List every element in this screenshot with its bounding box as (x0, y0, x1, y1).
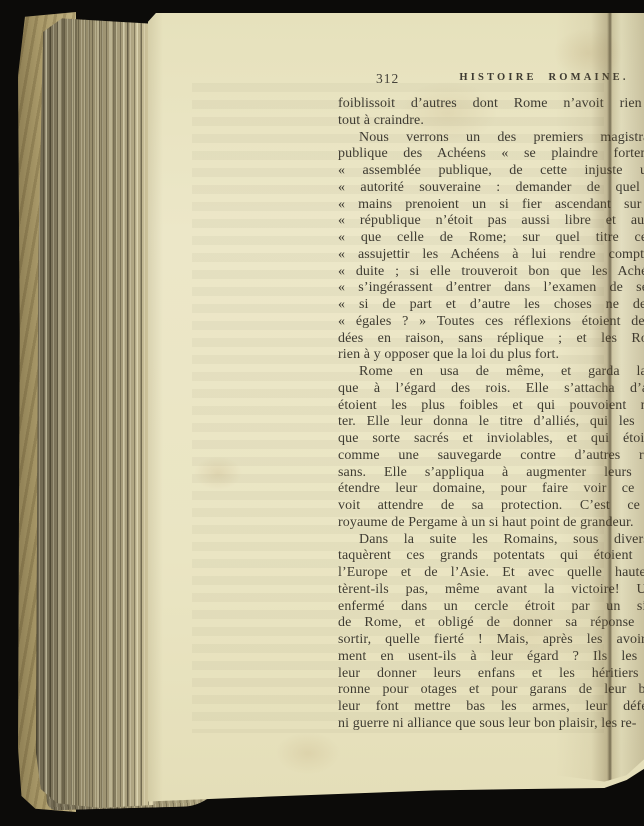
book-scan: 312 HISTOIRE ROMAINE. foiblissoit d’autr… (0, 0, 644, 826)
text-line: « autorité souveraine : demander de quel… (338, 180, 644, 197)
text-line: « république n’étoit pas aussi libre et … (338, 213, 644, 230)
body-text: foiblissoit d’autres dont Rome n’avoit r… (338, 96, 644, 733)
page-edge-stack (36, 16, 154, 808)
text-line: « assemblée publique, de cette injuste u… (338, 163, 644, 180)
text-line: voit attendre de sa protection. C’est ce… (338, 498, 644, 515)
text-line: dées en raison, sans réplique ; et les R… (338, 331, 644, 348)
running-title: HISTOIRE ROMAINE. (338, 72, 644, 83)
text-line: rien à y opposer que la loi du plus fort… (338, 347, 644, 364)
text-line: que sorte sacrés et inviolables, et qui … (338, 431, 644, 448)
text-line: « s’ingérassent d’entrer dans l’examen d… (338, 280, 644, 297)
text-line: taquèrent ces grands potentats qui étoie… (338, 548, 644, 565)
text-line: l’Europe et de l’Asie. Et avec quelle ha… (338, 565, 644, 582)
text-line: étoient les plus foibles et qui pouvoien… (338, 398, 644, 415)
book-page: 312 HISTOIRE ROMAINE. foiblissoit d’autr… (148, 13, 644, 807)
text-line: publique des Achéens « se plaindre forte… (338, 146, 644, 163)
text-line: « duite ; si elle trouveroit bon que les… (338, 264, 644, 281)
text-line: foiblissoit d’autres dont Rome n’avoit r… (338, 96, 644, 113)
text-line: sans. Elle s’appliqua à augmenter leurs … (338, 465, 644, 482)
text-line: tèrent-ils pas, même avant la victoire! … (338, 582, 644, 599)
text-line: enfermé dans un cercle étroit par un sim… (338, 599, 644, 616)
text-line: Dans la suite les Romains, sous divers p… (338, 532, 644, 549)
text-line: ter. Elle leur donna le titre d’alliés, … (338, 414, 644, 431)
text-line: « si de part et d’autre les choses ne de… (338, 297, 644, 314)
running-header: 312 HISTOIRE ROMAINE. (338, 67, 644, 93)
text-line: Nous verrons un des premiers magistrats … (338, 130, 644, 147)
text-line: étendre leur domaine, pour faire voir ce… (338, 481, 644, 498)
text-line: ni guerre ni alliance que sous leur bon … (338, 716, 644, 733)
text-line: « que celle de Rome; sur quel titre cell… (338, 230, 644, 247)
text-line: ment en usent-ils à leur égard ? Ils les… (338, 649, 644, 666)
text-line: de Rome, et obligé de donner sa réponse … (338, 615, 644, 632)
text-line: « assujettir les Achéens à lui rendre co… (338, 247, 644, 264)
text-line: leur donner leurs enfans et les héritier… (338, 666, 644, 683)
text-line: « mains prenoient un si fier ascendant s… (338, 197, 644, 214)
text-line: leur font mettre bas les armes, leur déf… (338, 699, 644, 716)
text-line: Rome en usa de même, et garda la même po… (338, 364, 644, 381)
text-line: que à l’égard des rois. Elle s’attacha d… (338, 381, 644, 398)
text-line: royaume de Pergame à un si haut point de… (338, 515, 644, 532)
text-line: sortir, quelle fierté ! Mais, après les … (338, 632, 644, 649)
text-line: tout à craindre. (338, 113, 644, 130)
text-line: comme une sauvegarde contre d’autres roi… (338, 448, 644, 465)
text-column: 312 HISTOIRE ROMAINE. foiblissoit d’autr… (338, 67, 644, 733)
text-line: ronne pour otages et pour garans de leur… (338, 682, 644, 699)
text-line: « égales ? » Toutes ces réflexions étoie… (338, 314, 644, 331)
